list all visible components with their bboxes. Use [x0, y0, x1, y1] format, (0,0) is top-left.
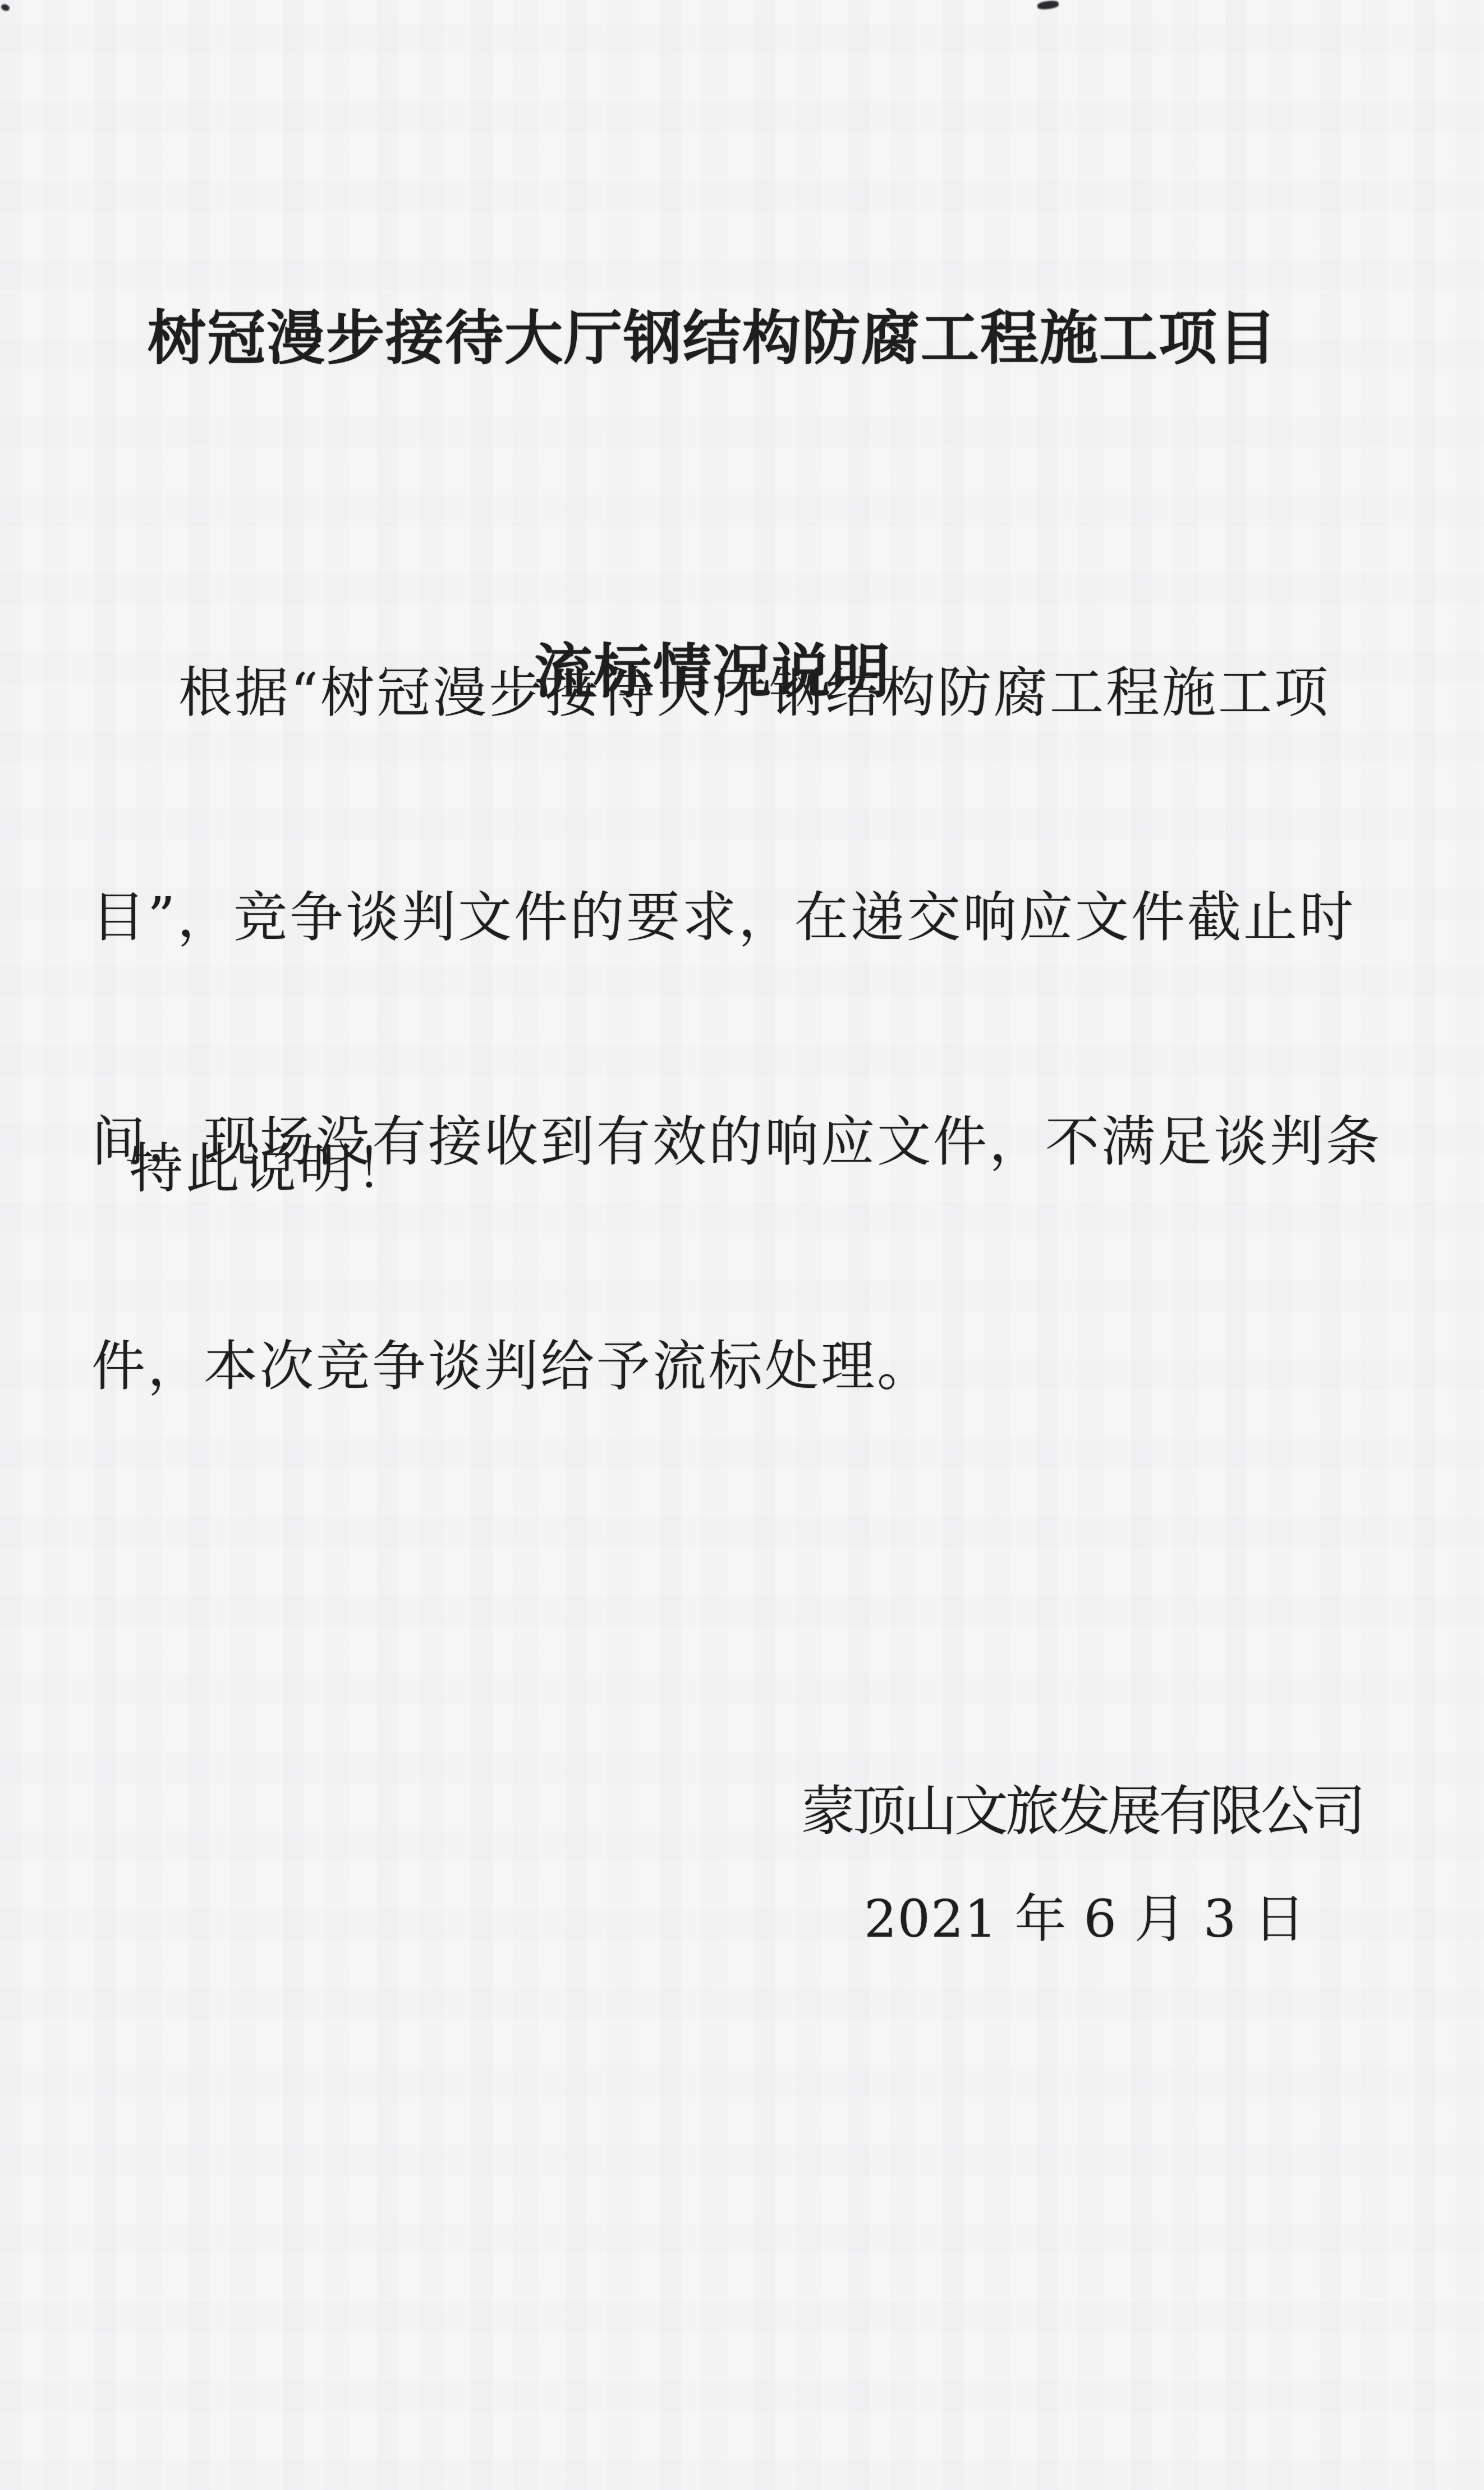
scan-artifact-top-left [0, 3, 10, 12]
signature-date: 2021 年 6 月 3 日 [864, 1880, 1306, 1959]
closing-statement: 特此说明！ [129, 1129, 412, 1208]
paragraph-line-2: 目”，竞争谈判文件的要求，在递交响应文件截止时 [91, 868, 1416, 966]
scanned-page: 树冠漫步接待大厅钢结构防腐工程施工项目 流标情况说明 根据“树冠漫步接待大厅钢结… [0, 0, 1484, 2490]
scan-artifact-top-right [1037, 0, 1059, 10]
document-title-line-1: 树冠漫步接待大厅钢结构防腐工程施工项目 [0, 283, 1425, 394]
body-paragraph: 根据“树冠漫步接待大厅钢结构防腐工程施工项 目”，竞争谈判文件的要求，在递交响应… [91, 517, 1416, 1541]
paragraph-line-4: 件，本次竞争谈判给予流标处理。 [91, 1317, 1416, 1415]
paragraph-line-1: 根据“树冠漫步接待大厅钢结构防腐工程施工项 [91, 643, 1416, 742]
signature-company: 蒙顶山文旅发展有限公司 [801, 1772, 1363, 1850]
